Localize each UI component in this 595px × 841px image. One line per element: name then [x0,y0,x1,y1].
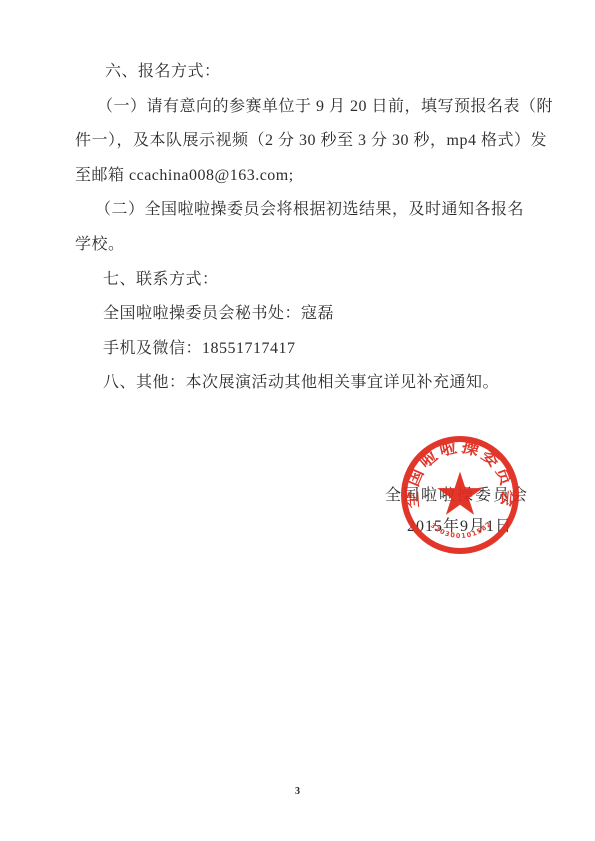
doc-line-section-6-heading: 六、报名方式： [75,55,540,90]
official-seal-stamp: 全国啦啦操委员会 3203001015827 [390,425,530,565]
doc-line: （二）全国啦啦操委员会将根据初选结果，及时通知各报名 [75,193,540,228]
page-number: 3 [0,786,595,797]
doc-line-email: 至邮箱 ccachina008@163.com; [75,159,540,194]
doc-line-section-7-heading: 七、联系方式： [75,263,540,298]
doc-line-contact: 全国啦啦操委员会秘书处：寇磊 [75,297,540,332]
document-page: 六、报名方式： （一）请有意向的参赛单位于 9 月 20 日前，填写预报名表（附… [0,0,595,841]
doc-line-section-8: 八、其他：本次展演活动其他相关事宜详见补充通知。 [75,366,540,401]
doc-line: （一）请有意向的参赛单位于 9 月 20 日前，填写预报名表（附 [75,90,540,125]
doc-line: 件一），及本队展示视频（2 分 30 秒至 3 分 30 秒，mp4 格式）发 [75,124,540,159]
doc-line-phone: 手机及微信：18551717417 [75,332,540,367]
star-icon [437,472,483,515]
doc-line: 学校。 [75,228,540,263]
notice-body: 六、报名方式： （一）请有意向的参赛单位于 9 月 20 日前，填写预报名表（附… [75,55,540,401]
